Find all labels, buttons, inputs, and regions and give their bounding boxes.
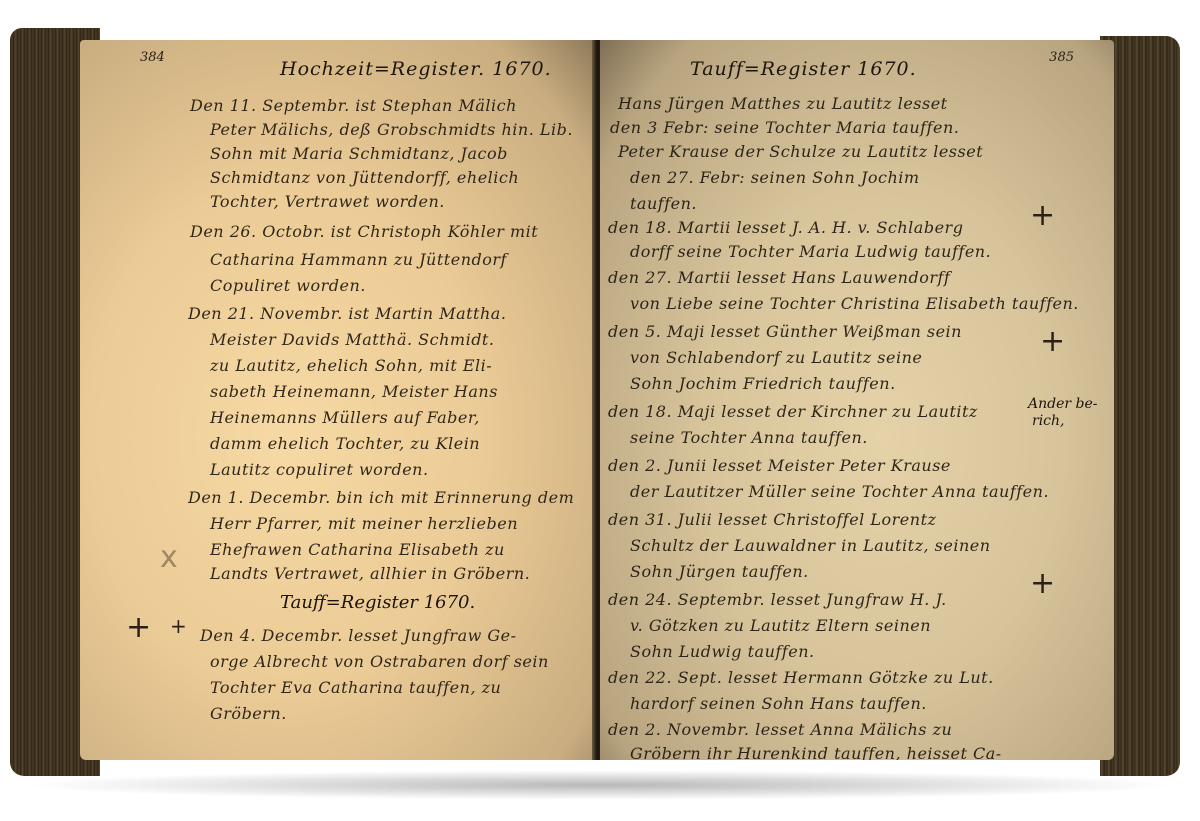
entry-line: Tochter Eva Catharina tauffen, zu (210, 678, 501, 697)
entry-line: Peter Krause der Schulze zu Lautitz less… (618, 142, 983, 161)
margin-x-mark: x (160, 540, 178, 575)
entry-line: den 5. Maji lesset Günther Weißman sein (608, 322, 962, 341)
margin-note: rich, (1032, 413, 1064, 430)
entry-line: Heinemanns Müllers auf Faber, (210, 408, 480, 427)
entry-line: Hans Jürgen Matthes zu Lautitz lesset (618, 94, 948, 113)
margin-cross-mark: + (1040, 324, 1065, 359)
entry-line: den 2. Junii lesset Meister Peter Krause (608, 456, 951, 475)
entry-line: Sohn Jochim Friedrich tauffen. (630, 374, 896, 393)
entry-line: Den 1. Decembr. bin ich mit Erinnerung d… (188, 488, 574, 507)
entry-line: den 31. Julii lesset Christoffel Lorentz (608, 510, 936, 529)
entry-line: Herr Pfarrer, mit meiner herzlieben (210, 514, 518, 533)
entry-line: den 2. Novembr. lesset Anna Mälichs zu (608, 720, 952, 739)
entry-line: Sohn mit Maria Schmidtanz, Jacob (210, 144, 508, 163)
entry-line: den 27. Martii lesset Hans Lauwendorff (608, 268, 950, 287)
entry-line: Den 26. Octobr. ist Christoph Köhler mit (190, 222, 538, 241)
margin-cross-mark: + (1030, 198, 1055, 233)
left-page: 384 Hochzeit=Register. 1670. Den 11. Sep… (80, 40, 594, 760)
entry-line: damm ehelich Tochter, zu Klein (210, 434, 480, 453)
margin-cross-mark: + (126, 610, 151, 645)
entry-line: von Liebe seine Tochter Christina Elisab… (630, 294, 1079, 313)
entry-line: Meister Davids Matthä. Schmidt. (210, 330, 494, 349)
entry-line: orge Albrecht von Ostrabaren dorf sein (210, 652, 549, 671)
margin-cross-mark: + (170, 614, 187, 638)
entry-line: v. Götzken zu Lautitz Eltern seinen (630, 616, 931, 635)
entry-line: den 22. Sept. lesset Hermann Götzke zu L… (608, 668, 994, 687)
open-register-book: 384 Hochzeit=Register. 1670. Den 11. Sep… (10, 28, 1180, 776)
entry-line: Den 4. Decembr. lesset Jungfraw Ge- (200, 626, 517, 645)
entry-line: Schmidtanz von Jüttendorff, ehelich (210, 168, 519, 187)
entry-line: den 27. Febr: seinen Sohn Jochim (630, 168, 920, 187)
entry-line: den 24. Septembr. lesset Jungfraw H. J. (608, 590, 947, 609)
entry-line: den 18. Martii lesset J. A. H. v. Schlab… (608, 218, 963, 237)
page-number: 385 (1049, 50, 1074, 65)
entry-line: Sohn Ludwig tauffen. (630, 642, 815, 661)
entry-line: Peter Mälichs, deß Grobschmidts hin. Lib… (210, 120, 573, 139)
entry-line: Landts Vertrawet, allhier in Gröbern. (210, 564, 530, 583)
page-number: 384 (140, 50, 165, 65)
margin-note: Ander be- (1028, 396, 1098, 413)
page-heading: Hochzeit=Register. 1670. (280, 58, 552, 80)
entry-line: Copuliret worden. (210, 276, 366, 295)
entry-line: tauffen. (630, 194, 697, 213)
margin-cross-mark: + (1030, 566, 1055, 601)
entry-line: zu Lautitz, ehelich Sohn, mit Eli- (210, 356, 492, 375)
entry-line: den 18. Maji lesset der Kirchner zu Laut… (608, 402, 978, 421)
entry-line: Catharina Hammann zu Jüttendorf (210, 250, 507, 269)
entry-line: hardorf seinen Sohn Hans tauffen. (630, 694, 927, 713)
entry-line: Gröbern ihr Hurenkind tauffen, heisset C… (630, 744, 1002, 760)
entry-line: Den 11. Septembr. ist Stephan Mälich (190, 96, 517, 115)
entry-line: Tochter, Vertrawet worden. (210, 192, 445, 211)
book-photo: 384 Hochzeit=Register. 1670. Den 11. Sep… (0, 0, 1200, 821)
entry-line: der Lautitzer Müller seine Tochter Anna … (630, 482, 1049, 501)
entry-line: Gröbern. (210, 704, 287, 723)
entry-line: Sohn Jürgen tauffen. (630, 562, 809, 581)
entry-line: von Schlabendorf zu Lautitz seine (630, 348, 922, 367)
entry-line: den 3 Febr: seine Tochter Maria tauffen. (610, 118, 959, 137)
entry-line: Ehefrawen Catharina Elisabeth zu (210, 540, 505, 559)
entry-line: Den 21. Novembr. ist Martin Mattha. (188, 304, 506, 323)
right-page: 385 Tauff=Register 1670. Hans Jürgen Mat… (600, 40, 1114, 760)
entry-line: seine Tochter Anna tauffen. (630, 428, 868, 447)
baptism-subheading: Tauff=Register 1670. (280, 592, 475, 613)
page-heading: Tauff=Register 1670. (690, 58, 917, 80)
entry-line: Lautitz copuliret worden. (210, 460, 429, 479)
entry-line: Schultz der Lauwaldner in Lautitz, seine… (630, 536, 991, 555)
entry-line: sabeth Heinemann, Meister Hans (210, 382, 498, 401)
entry-line: dorff seine Tochter Maria Ludwig tauffen… (630, 242, 991, 261)
